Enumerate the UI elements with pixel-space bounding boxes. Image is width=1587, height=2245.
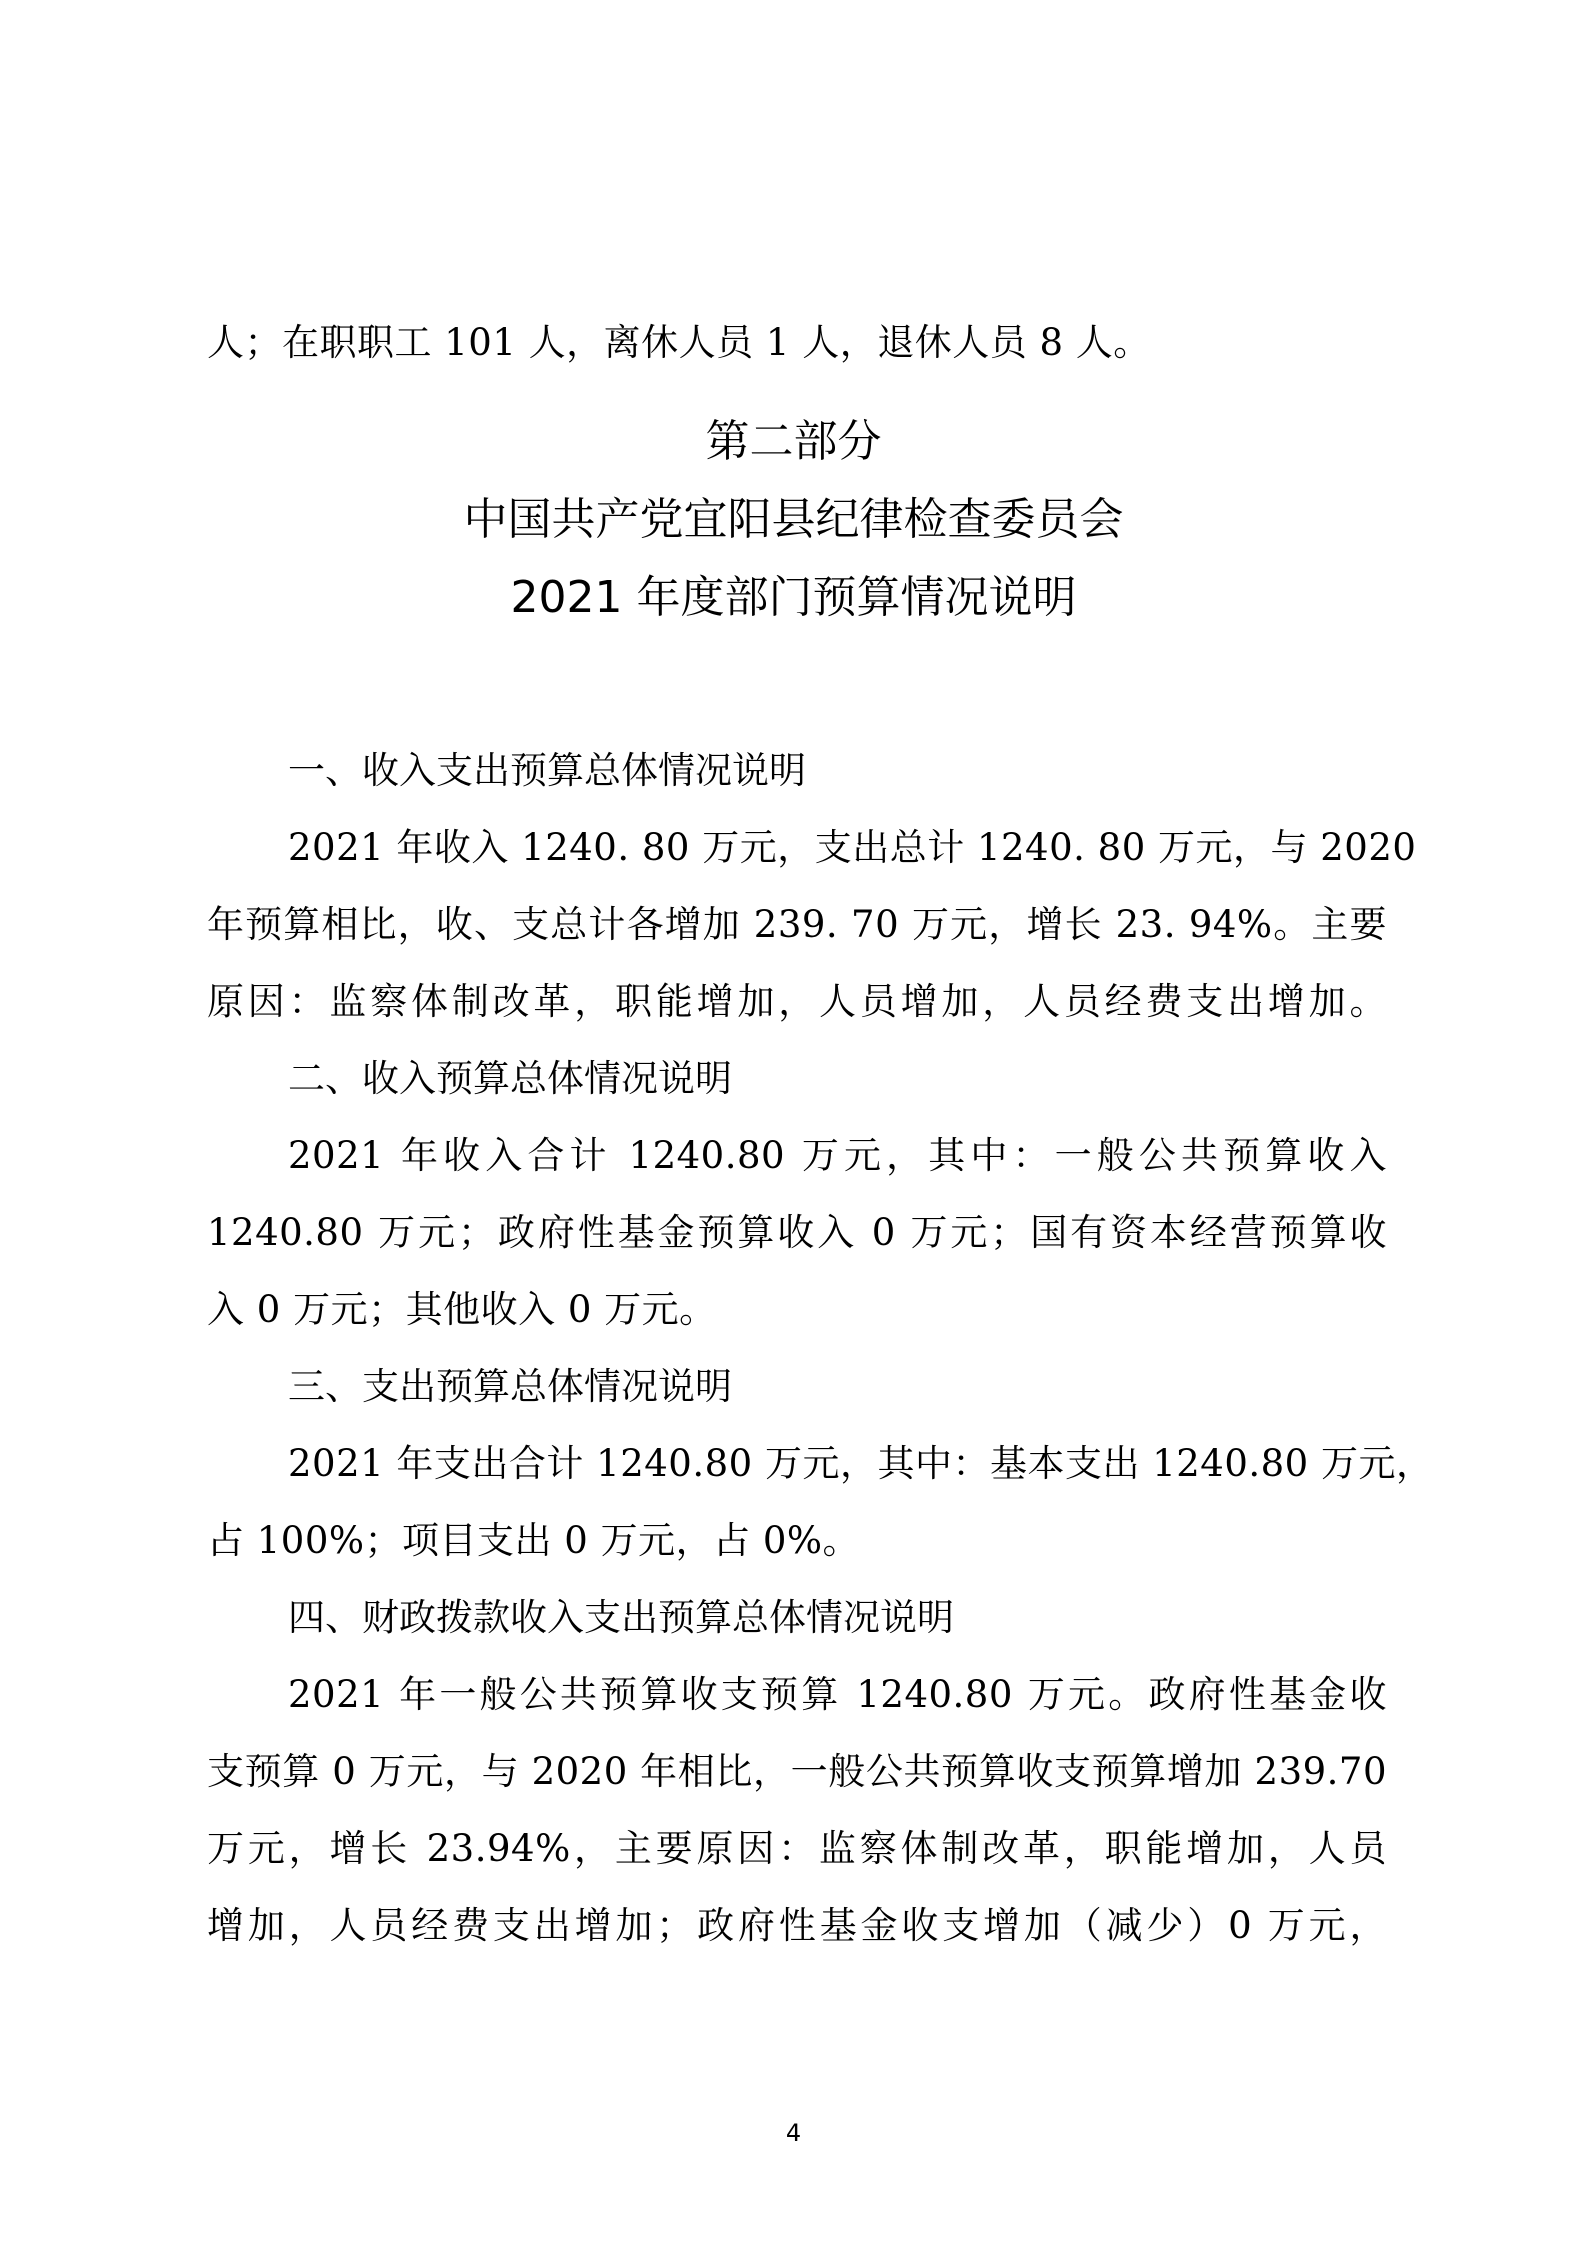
org-title: 中国共产党宜阳县纪律检查委员会 bbox=[0, 490, 1587, 550]
report-title: 2021 年度部门预算情况说明 bbox=[0, 568, 1587, 628]
section-1-line-3: 原因：监察体制改革，职能增加，人员增加，人员经费支出增加。 bbox=[207, 977, 1387, 1027]
section-4-line-3: 万元，增长 23.94%，主要原因：监察体制改革，职能增加，人员 bbox=[207, 1824, 1387, 1874]
document-page: 人；在职职工 101 人，离休人员 1 人，退休人员 8 人。 第二部分 中国共… bbox=[0, 0, 1587, 2245]
section-3-line-1: 2021 年支出合计 1240.80 万元，其中：基本支出 1240.80 万元… bbox=[288, 1439, 1387, 1489]
section-heading-3: 三、支出预算总体情况说明 bbox=[288, 1362, 732, 1412]
section-4-line-4: 增加，人员经费支出增加；政府性基金收支增加（减少）0 万元， bbox=[207, 1901, 1387, 1951]
page-number: 4 bbox=[0, 2118, 1587, 2148]
section-4-line-1: 2021 年一般公共预算收支预算 1240.80 万元。政府性基金收 bbox=[288, 1670, 1387, 1720]
section-heading-2: 二、收入预算总体情况说明 bbox=[288, 1054, 732, 1104]
continuation-line: 人；在职职工 101 人，离休人员 1 人，退休人员 8 人。 bbox=[207, 318, 1387, 368]
section-2-line-2: 1240.80 万元；政府性基金预算收入 0 万元；国有资本经营预算收 bbox=[207, 1208, 1387, 1258]
section-1-line-2: 年预算相比，收、支总计各增加 239. 70 万元，增长 23. 94%。主要 bbox=[207, 900, 1387, 950]
section-2-line-1: 2021 年收入合计 1240.80 万元，其中：一般公共预算收入 bbox=[288, 1131, 1387, 1181]
section-4-line-2: 支预算 0 万元，与 2020 年相比，一般公共预算收支预算增加 239.70 bbox=[207, 1747, 1387, 1797]
section-1-line-1: 2021 年收入 1240. 80 万元，支出总计 1240. 80 万元，与 … bbox=[288, 823, 1387, 873]
section-3-line-2: 占 100%；项目支出 0 万元，占 0%。 bbox=[207, 1516, 1387, 1566]
section-heading-4: 四、财政拨款收入支出预算总体情况说明 bbox=[288, 1593, 954, 1643]
section-2-line-3: 入 0 万元；其他收入 0 万元。 bbox=[207, 1285, 1387, 1335]
section-heading-1: 一、收入支出预算总体情况说明 bbox=[288, 746, 806, 796]
part-title: 第二部分 bbox=[0, 412, 1587, 472]
